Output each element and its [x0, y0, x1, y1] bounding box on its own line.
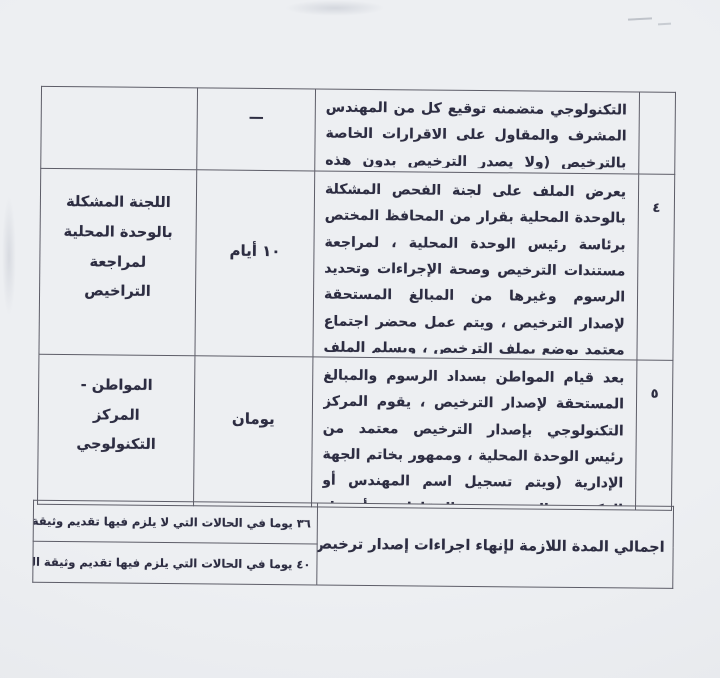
step-number-cell: ٤ — [637, 174, 675, 360]
table-row: ٤ يعرض الملف على لجنة الفحص المشكلة بالو… — [39, 168, 675, 360]
entity-cell: المواطن - المركز التكنولوجي — [38, 354, 195, 505]
summary-title: اجمالي المدة اللازمة لإنهاء اجراءات إصدا… — [317, 503, 674, 588]
procedures-table: التكنولوجي متضمنه توقيع كل من المهندس ال… — [37, 86, 676, 511]
table-row: اجمالي المدة اللازمة لإنهاء اجراءات إصدا… — [33, 500, 673, 547]
procedure-cell: بعد قيام المواطن بسداد الرسوم والمبالغ ا… — [312, 357, 637, 510]
step-number-cell: ٥ — [635, 360, 672, 510]
procedure-cell: التكنولوجي متضمنه توقيع كل من المهندس ال… — [315, 89, 640, 174]
duration-cell: يومان — [194, 356, 313, 507]
summary-table: اجمالي المدة اللازمة لإنهاء اجراءات إصدا… — [32, 500, 674, 589]
summary-duration-no-insurance: ٣٦ يوما في الحالات التي لا يلزم فيها تقد… — [33, 500, 317, 544]
entity-cell: اللجنة المشكلة بالوحدة المحلية لمراجعة ا… — [39, 168, 197, 355]
table-row: ٥ بعد قيام المواطن بسداد الرسوم والمبالغ… — [38, 354, 673, 510]
procedure-text: بعد قيام المواطن بسداد الرسوم والمبالغ ا… — [322, 363, 624, 506]
duration-cell: — — [197, 88, 316, 171]
table-row: التكنولوجي متضمنه توقيع كل من المهندس ال… — [41, 86, 676, 174]
summary-duration-with-insurance: ٤٠ يوما في الحالات التي يلزم فيها تقديم … — [33, 541, 317, 585]
procedure-text: يعرض الملف على لجنة الفحص المشكلة بالوحد… — [323, 177, 626, 356]
scanned-page: التكنولوجي متضمنه توقيع كل من المهندس ال… — [0, 0, 720, 678]
procedure-text: التكنولوجي متضمنه توقيع كل من المهندس ال… — [325, 95, 627, 170]
scan-content: التكنولوجي متضمنه توقيع كل من المهندس ال… — [0, 0, 720, 678]
entity-cell — [41, 86, 198, 169]
duration-cell: ١٠ أيام — [195, 170, 315, 357]
procedure-cell: يعرض الملف على لجنة الفحص المشكلة بالوحد… — [313, 171, 639, 360]
step-number-cell — [639, 92, 676, 174]
